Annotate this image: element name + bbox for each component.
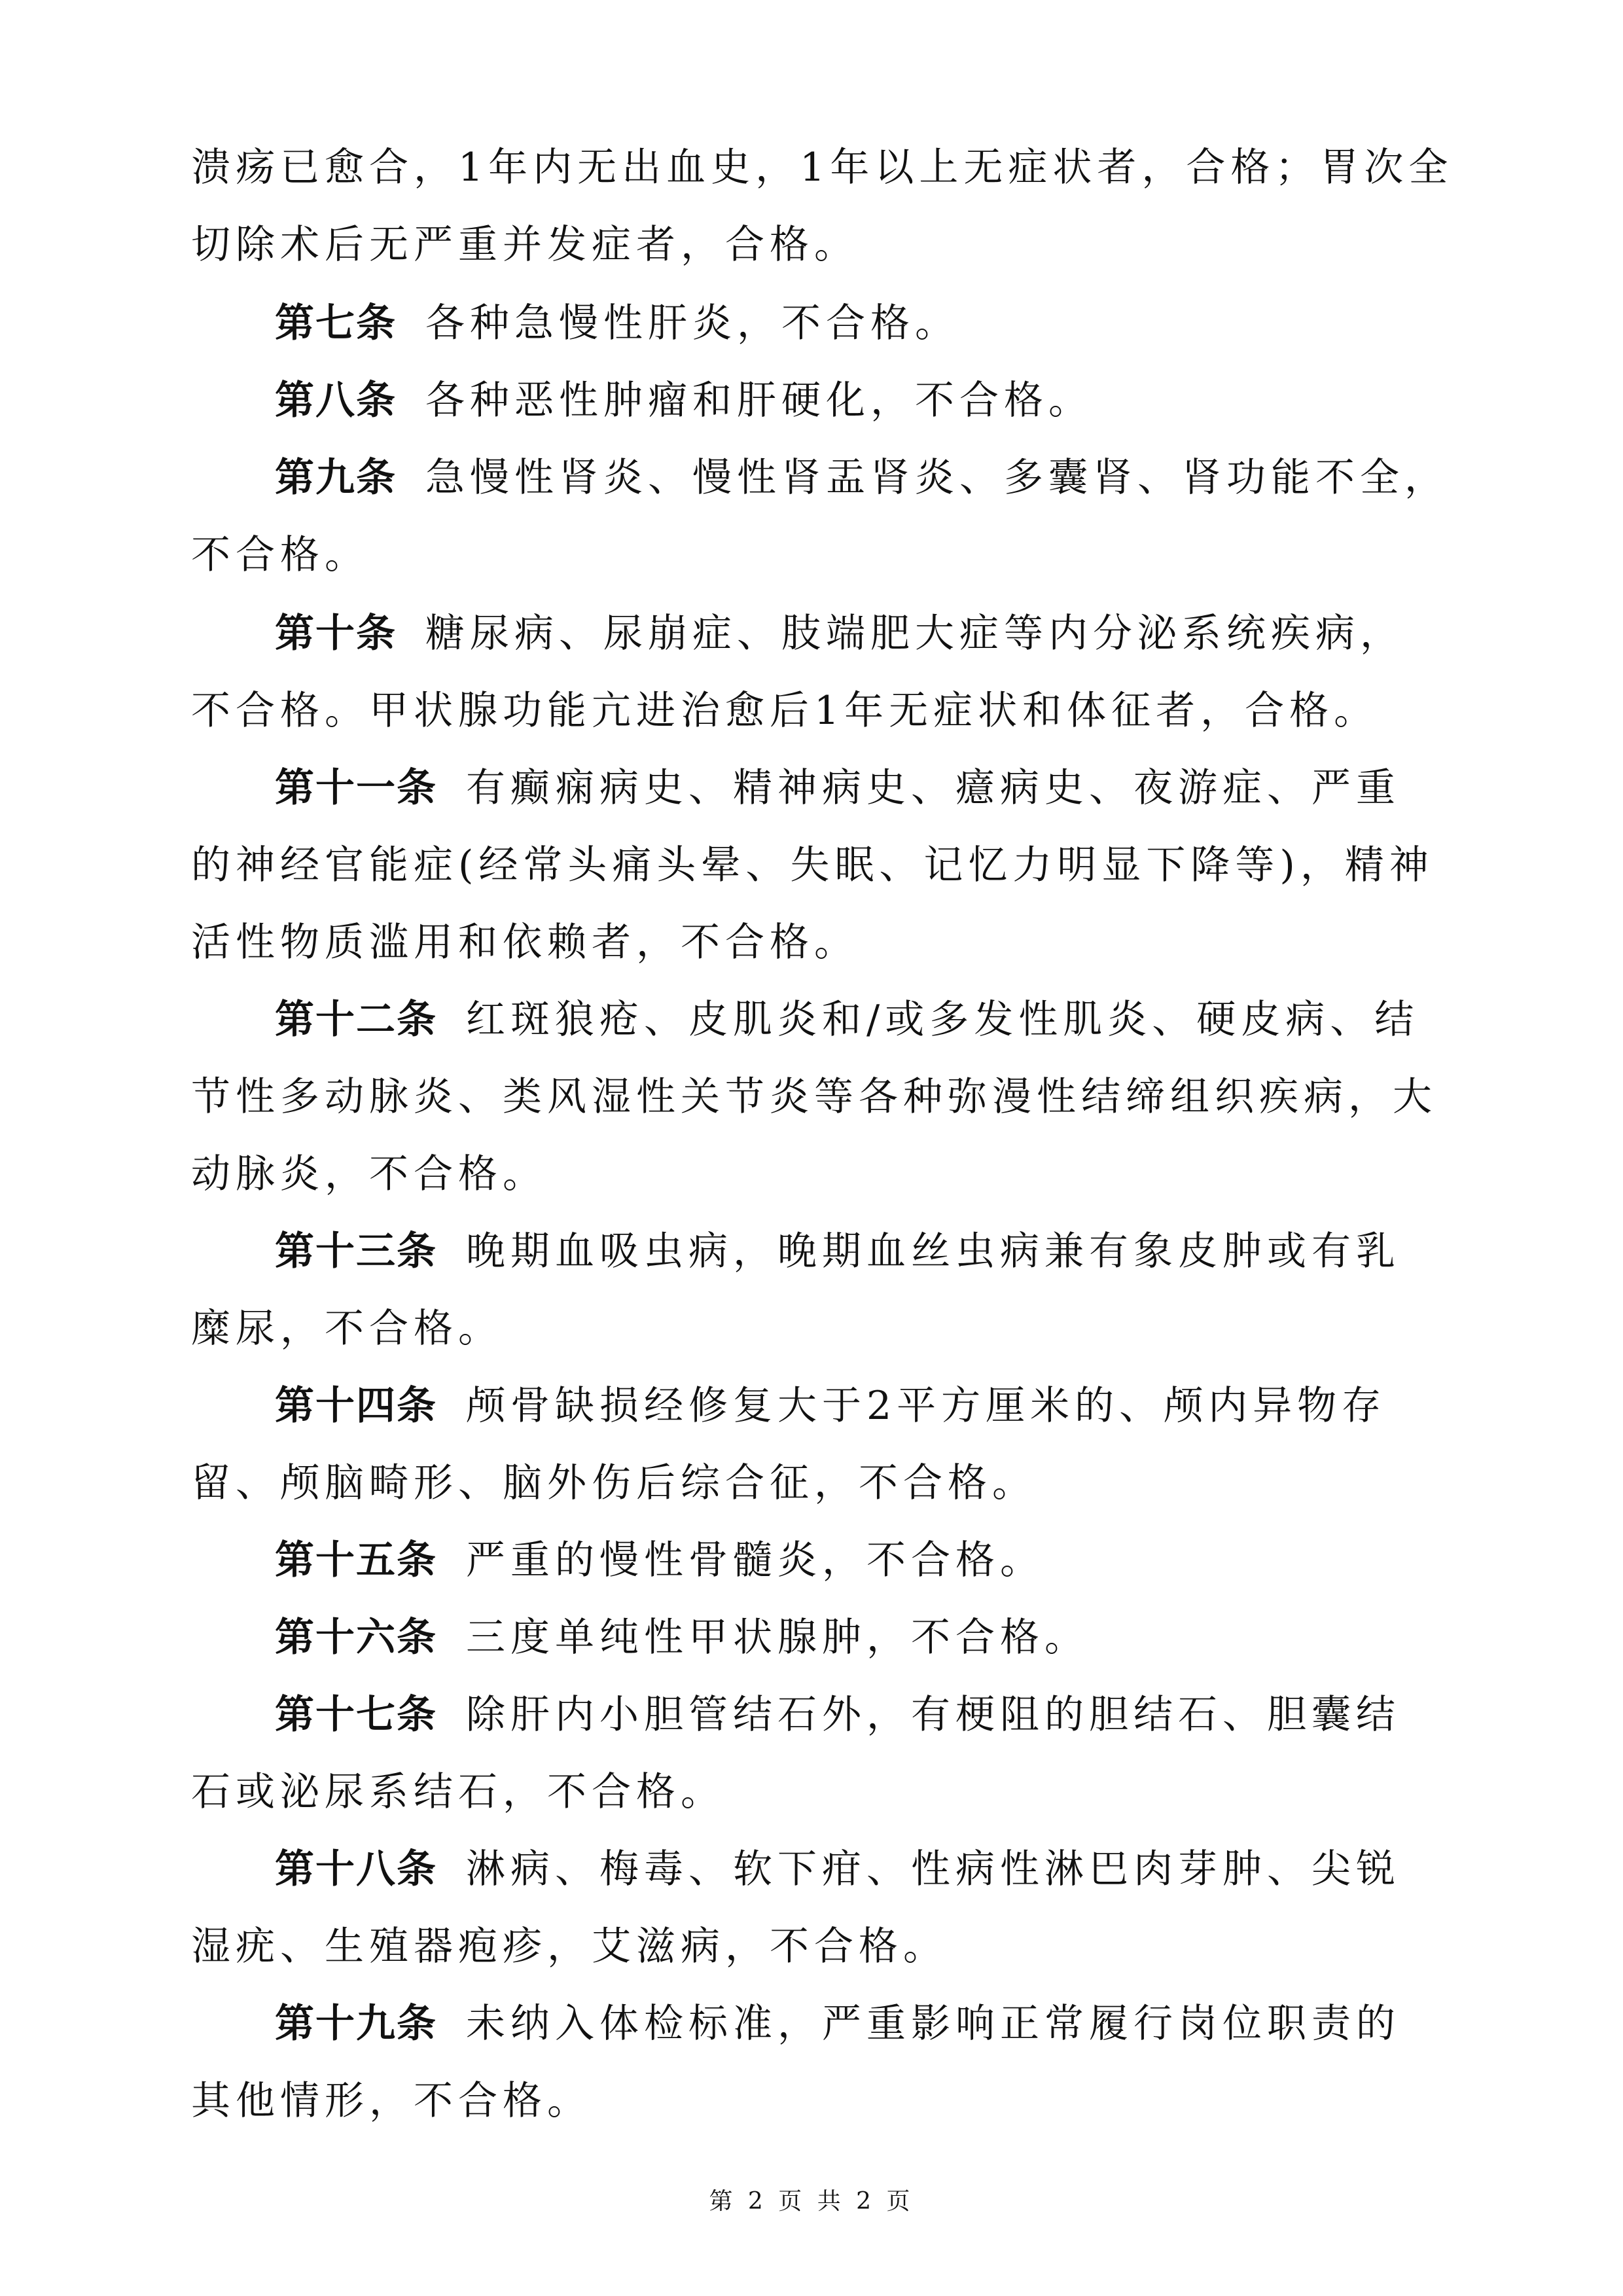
line-text: 活性物质滥用和依赖者，不合格。: [191, 920, 859, 965]
line-text: 严重的慢性骨髓炎，不合格。: [466, 1537, 1044, 1583]
paragraph-line: 的神经官能症(经常头痛头晕、失眠、记忆力明显下降等)，精神: [191, 842, 1427, 889]
line-text: 红斑狼疮、皮肌炎和/或多发性肌炎、硬皮病、结: [466, 997, 1419, 1043]
line-text: 淋病、梅毒、软下疳、性病性淋巴肉芽肿、尖锐: [466, 1846, 1400, 1892]
article-number: 第十七条: [275, 1692, 437, 1738]
line-text: 节性多动脉炎、类风湿性关节炎等各种弥漫性结缔组织疾病，大: [191, 1074, 1437, 1120]
paragraph-line: 不合格。甲状腺功能亢进治愈后1年无症状和体征者，合格。: [191, 687, 1427, 734]
article-8: 第八条各种恶性肿瘤和肝硬化，不合格。: [275, 377, 1427, 424]
line-text: 不合格。: [191, 532, 369, 578]
paragraph-line: 活性物质滥用和依赖者，不合格。: [191, 919, 1427, 966]
line-text: 各种恶性肿瘤和肝硬化，不合格。: [425, 378, 1093, 423]
line-text: 三度单纯性甲状腺肿，不合格。: [466, 1615, 1089, 1660]
article-16: 第十六条三度单纯性甲状腺肿，不合格。: [275, 1614, 1427, 1661]
line-text: 留、颅脑畸形、脑外伤后综合征，不合格。: [191, 1460, 1037, 1506]
line-text: 糖尿病、尿崩症、肢端肥大症等内分泌系统疾病，: [425, 611, 1404, 656]
paragraph-line: 留、颅脑畸形、脑外伤后综合征，不合格。: [191, 1460, 1427, 1507]
article-19: 第十九条未纳入体检标准，严重影响正常履行岗位职责的: [275, 2000, 1427, 2047]
article-9: 第九条急慢性肾炎、慢性肾盂肾炎、多囊肾、肾功能不全，: [275, 454, 1427, 501]
line-text: 急慢性肾炎、慢性肾盂肾炎、多囊肾、肾功能不全，: [425, 455, 1449, 501]
article-number: 第八条: [275, 378, 397, 423]
article-number: 第十九条: [275, 2001, 437, 2047]
line-text: 除肝内小胆管结石外，有梗阻的胆结石、胆囊结: [466, 1692, 1400, 1738]
paragraph-line: 其他情形，不合格。: [191, 2077, 1427, 2125]
article-number: 第十六条: [275, 1615, 437, 1660]
line-text: 颅骨缺损经修复大于2平方厘米的、颅内异物存: [466, 1383, 1386, 1429]
article-12: 第十二条红斑狼疮、皮肌炎和/或多发性肌炎、硬皮病、结: [275, 996, 1427, 1043]
article-number: 第十五条: [275, 1537, 437, 1583]
article-13: 第十三条晚期血吸虫病，晚期血丝虫病兼有象皮肿或有乳: [275, 1228, 1427, 1275]
article-15: 第十五条严重的慢性骨髓炎，不合格。: [275, 1537, 1427, 1584]
line-text: 切除术后无严重并发症者，合格。: [191, 222, 859, 268]
article-number: 第九条: [275, 455, 397, 501]
article-18: 第十八条淋病、梅毒、软下疳、性病性淋巴肉芽肿、尖锐: [275, 1846, 1427, 1893]
line-text: 湿疣、生殖器疱疹，艾滋病，不合格。: [191, 1924, 948, 1969]
article-7: 第七条各种急慢性肝炎，不合格。: [275, 300, 1427, 347]
line-text: 其他情形，不合格。: [191, 2078, 592, 2124]
line-text: 动脉炎，不合格。: [191, 1151, 547, 1197]
article-number: 第七条: [275, 300, 397, 346]
paragraph-line: 节性多动脉炎、类风湿性关节炎等各种弥漫性结缔组织疾病，大: [191, 1073, 1427, 1121]
line-text: 溃疡已愈合，1年内无出血史，1年以上无症状者，合格；胃次全: [191, 145, 1453, 190]
article-17: 第十七条除肝内小胆管结石外，有梗阻的胆结石、胆囊结: [275, 1691, 1427, 1738]
document-page: 溃疡已愈合，1年内无出血史，1年以上无症状者，合格；胃次全 切除术后无严重并发症…: [0, 0, 1623, 2296]
line-text: 糜尿，不合格。: [191, 1306, 503, 1352]
article-number: 第十一条: [275, 765, 437, 811]
article-number: 第十条: [275, 611, 397, 656]
page-number-footer: 第 2 页 共 2 页: [0, 2183, 1623, 2216]
paragraph-line: 不合格。: [191, 531, 1427, 579]
article-number: 第十八条: [275, 1846, 437, 1892]
article-14: 第十四条颅骨缺损经修复大于2平方厘米的、颅内异物存: [275, 1382, 1427, 1429]
line-text: 各种急慢性肝炎，不合格。: [425, 300, 959, 346]
article-number: 第十二条: [275, 997, 437, 1043]
line-text: 未纳入体检标准，严重影响正常履行岗位职责的: [466, 2001, 1400, 2047]
line-text: 的神经官能症(经常头痛头晕、失眠、记忆力明显下降等)，精神: [191, 842, 1434, 888]
paragraph-line: 切除术后无严重并发症者，合格。: [191, 221, 1427, 268]
paragraph-line: 湿疣、生殖器疱疹，艾滋病，不合格。: [191, 1923, 1427, 1970]
line-text: 不合格。甲状腺功能亢进治愈后1年无症状和体征者，合格。: [191, 688, 1378, 734]
line-text: 石或泌尿系结石，不合格。: [191, 1769, 725, 1815]
article-number: 第十四条: [275, 1383, 437, 1429]
paragraph-line: 糜尿，不合格。: [191, 1305, 1427, 1352]
paragraph-line: 动脉炎，不合格。: [191, 1151, 1427, 1198]
article-10: 第十条糖尿病、尿崩症、肢端肥大症等内分泌系统疾病，: [275, 610, 1427, 657]
line-text: 有癫痫病史、精神病史、癔病史、夜游症、严重: [466, 765, 1400, 811]
paragraph-line: 溃疡已愈合，1年内无出血史，1年以上无症状者，合格；胃次全: [191, 144, 1427, 191]
article-11: 第十一条有癫痫病史、精神病史、癔病史、夜游症、严重: [275, 764, 1427, 812]
line-text: 晚期血吸虫病，晚期血丝虫病兼有象皮肿或有乳: [466, 1229, 1400, 1274]
article-number: 第十三条: [275, 1229, 437, 1274]
paragraph-line: 石或泌尿系结石，不合格。: [191, 1768, 1427, 1816]
